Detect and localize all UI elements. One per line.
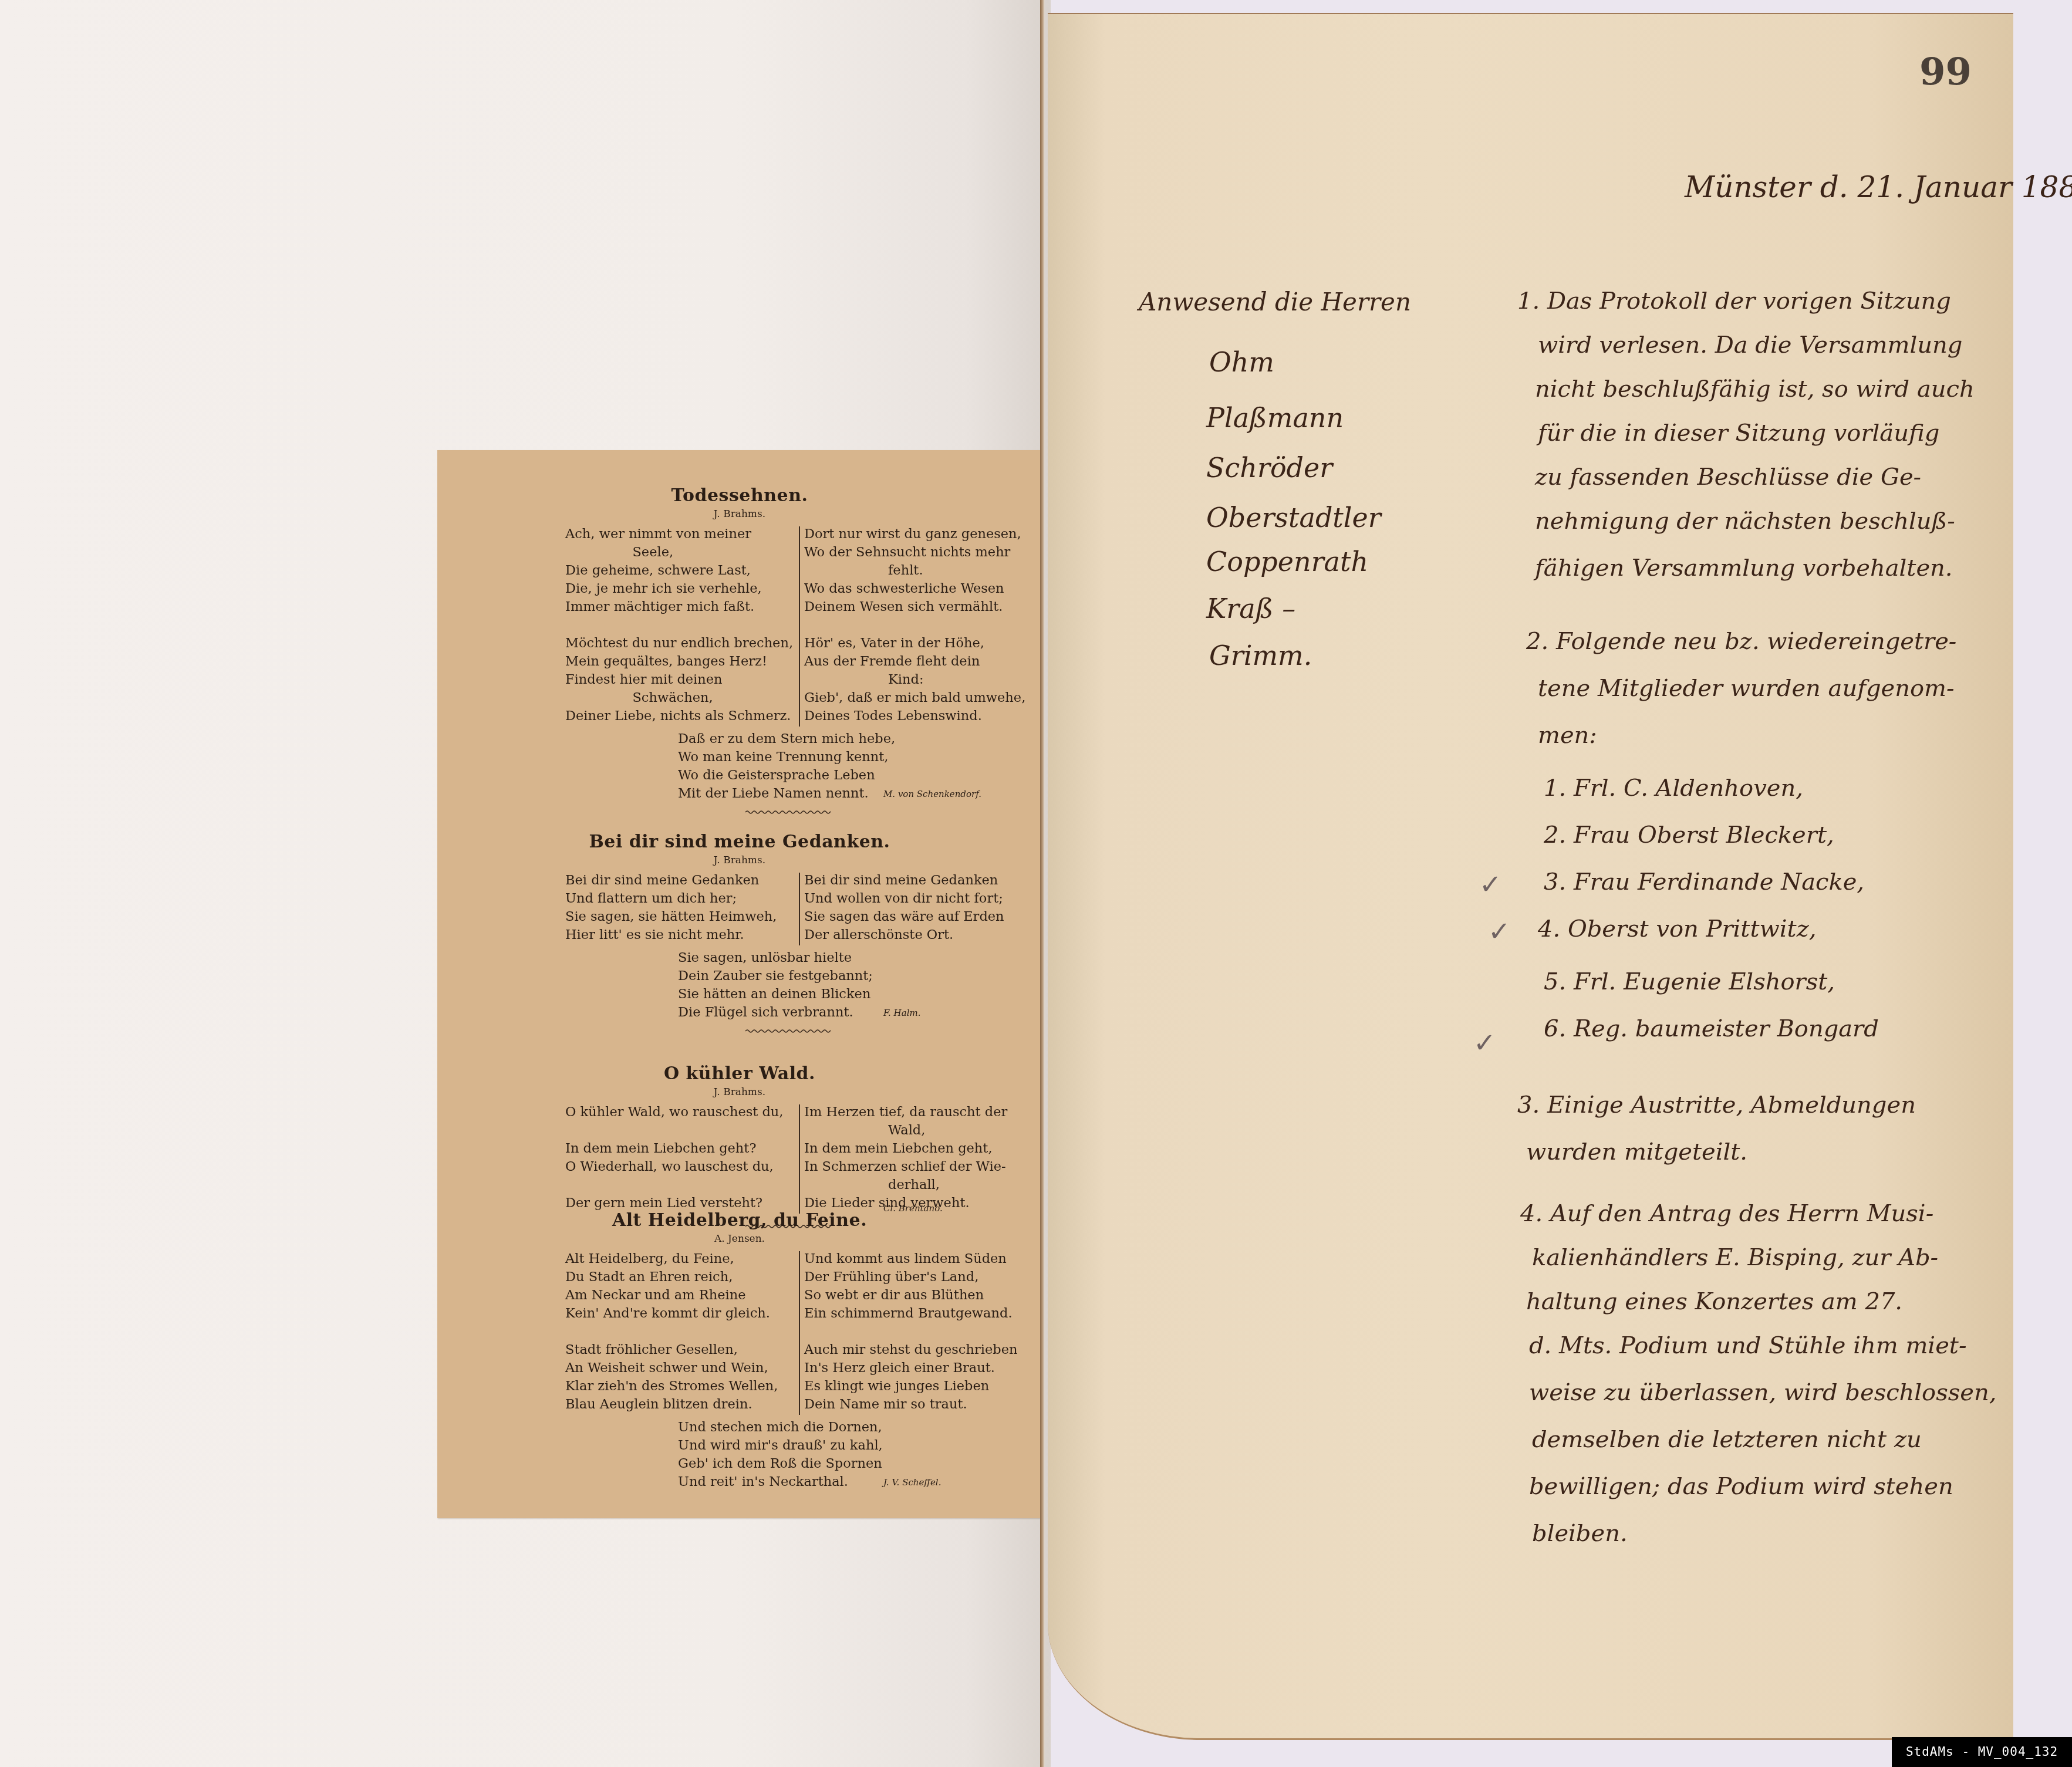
minutes-line: für die in dieser Sitzung vorläufig (1538, 420, 1939, 447)
song-title: Todessehnen. (437, 485, 1042, 506)
song-composer: A. Jensen. (437, 1233, 1042, 1245)
minutes-line: nicht beschlußfähig ist, so wird auch (1535, 376, 1975, 403)
column-divider (799, 1104, 800, 1214)
date-line: Münster d. 21. Januar 1887. (1685, 170, 2072, 204)
minutes-line: 4. Auf den Antrag des Herrn Musi- (1520, 1200, 1933, 1227)
minutes-line: fähigen Versammlung vorbehalten. (1535, 555, 1953, 582)
minutes-line: demselben die letzteren nicht zu (1532, 1426, 1922, 1453)
song-section: Todessehnen.J. Brahms.Ach, wer nimmt von… (437, 485, 1042, 520)
verse-left-column: Bei dir sind meine Gedanken Und flattern… (565, 871, 797, 944)
concert-program-clipping: Todessehnen.J. Brahms.Ach, wer nimmt von… (437, 450, 1042, 1518)
verse-left-column: Ach, wer nimmt von meiner Seele, Die geh… (565, 525, 797, 725)
song-section: Bei dir sind meine Gedanken.J. Brahms.Be… (437, 832, 1042, 866)
song-composer: J. Brahms. (437, 1086, 1042, 1098)
song-title: Alt Heidelberg, du Feine. (437, 1210, 1042, 1231)
ornament-divider-icon (745, 810, 831, 815)
attendee-name: Kraß – (1206, 593, 1295, 624)
poet-credit: M. von Schenkendorf. (883, 789, 981, 799)
new-member: 6. Reg. baumeister Bongard (1544, 1015, 1879, 1042)
column-divider (799, 873, 800, 945)
minutes-line: men: (1538, 722, 1597, 749)
song-section: O kühler Wald.J. Brahms.O kühler Wald, w… (437, 1063, 1042, 1098)
attendee-name: Ohm (1209, 346, 1274, 378)
minutes-line: nehmigung der nächsten beschluß- (1535, 508, 1955, 535)
minutes-line: tene Mitglieder wurden aufgenom- (1538, 675, 1955, 702)
archive-signature-label: StdAMs - MV_004_132 (1892, 1737, 2072, 1767)
column-divider (799, 1251, 800, 1415)
check-mark-icon: ✓ (1473, 1027, 1496, 1059)
new-member: 4. Oberst von Prittwitz, (1538, 915, 1816, 942)
ornament-divider-icon (745, 1029, 831, 1033)
verse-right-column: Bei dir sind meine Gedanken Und wollen v… (804, 871, 1039, 944)
minutes-line: wurden mitgeteilt. (1526, 1138, 1747, 1165)
song-section: Alt Heidelberg, du Feine.A. Jensen.Alt H… (437, 1210, 1042, 1245)
poet-credit: F. Halm. (883, 1008, 920, 1018)
book-gutter (1040, 0, 1045, 1767)
attendee-name: Plaßmann (1206, 402, 1344, 434)
minutes-line: wird verlesen. Da die Versammlung (1538, 332, 1962, 359)
column-divider (799, 526, 800, 727)
minutes-line: zu fassenden Beschlüsse die Ge- (1535, 464, 1921, 491)
verse-right-column: Und kommt aus lindem Süden Der Frühling … (804, 1250, 1039, 1414)
closing-stanza: Und stechen mich die Dornen, Und wird mi… (678, 1418, 883, 1491)
minutes-line: 1. Das Protokoll der vorigen Sitzung (1517, 288, 1951, 315)
check-mark-icon: ✓ (1479, 869, 1502, 900)
song-composer: J. Brahms. (437, 854, 1042, 866)
minutes-line: bewilligen; das Podium wird stehen (1529, 1473, 1953, 1500)
attendee-name: Coppenrath (1206, 546, 1368, 577)
minutes-line: bleiben. (1532, 1520, 1628, 1547)
song-title: O kühler Wald. (437, 1063, 1042, 1084)
minutes-line: 3. Einige Austritte, Abmeldungen (1517, 1092, 1916, 1119)
verse-left-column: O kühler Wald, wo rauschest du, In dem m… (565, 1103, 797, 1212)
song-title: Bei dir sind meine Gedanken. (437, 832, 1042, 852)
attendee-name: Oberstadtler (1206, 502, 1381, 533)
new-member: 2. Frau Oberst Bleckert, (1544, 822, 1834, 849)
check-mark-icon: ✓ (1488, 915, 1511, 947)
new-member: 3. Frau Ferdinande Nacke, (1544, 869, 1864, 896)
minutes-line: weise zu überlassen, wird beschlossen, (1529, 1379, 1996, 1406)
minutes-line: d. Mts. Podium und Stühle ihm miet- (1529, 1332, 1966, 1359)
verse-right-column: Im Herzen tief, da rauscht der Wald, In … (804, 1103, 1039, 1212)
closing-stanza: Sie sagen, unlösbar hielte Dein Zauber s… (678, 949, 873, 1022)
attendee-name: Schröder (1206, 452, 1332, 484)
minutes-line: 2. Folgende neu bz. wiedereingetre- (1526, 628, 1956, 655)
new-member: 5. Frl. Eugenie Elshorst, (1544, 968, 1835, 995)
attendance-heading: Anwesend die Herren (1139, 288, 1411, 316)
minutes-line: kalienhändlers E. Bisping, zur Ab- (1532, 1244, 1938, 1271)
minutes-line: haltung eines Konzertes am 27. (1526, 1288, 1902, 1315)
song-composer: J. Brahms. (437, 508, 1042, 520)
verse-right-column: Dort nur wirst du ganz genesen, Wo der S… (804, 525, 1039, 725)
verse-left-column: Alt Heidelberg, du Feine, Du Stadt an Eh… (565, 1250, 797, 1414)
attendee-name: Grimm. (1209, 640, 1312, 671)
closing-stanza: Daß er zu dem Stern mich hebe, Wo man ke… (678, 730, 895, 803)
new-member: 1. Frl. C. Aldenhoven, (1544, 775, 1803, 802)
page-number: 99 (1919, 50, 1972, 94)
poet-credit: J. V. Scheffel. (883, 1477, 941, 1488)
